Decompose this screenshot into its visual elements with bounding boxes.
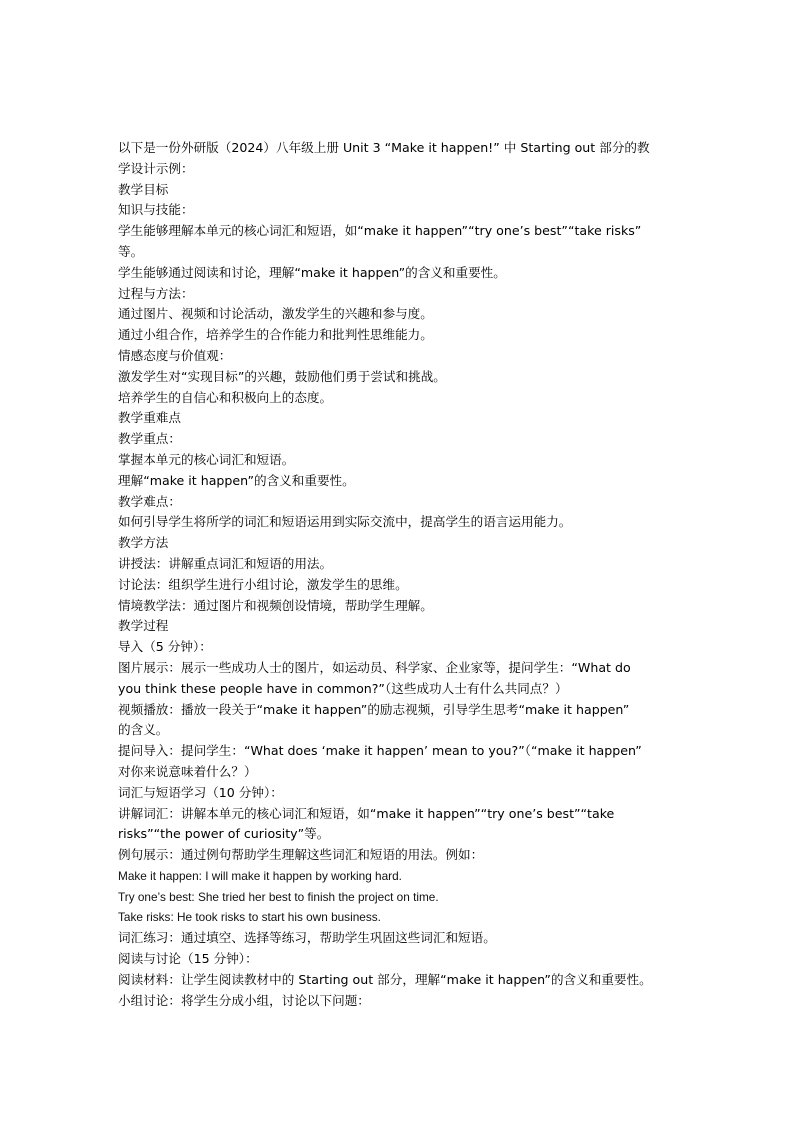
subheading-key-points: 教学重点： [118, 429, 684, 450]
body-line: 如何引导学生将所学的词汇和短语运用到实际交流中，提高学生的语言运用能力。 [118, 512, 684, 533]
document-page: 以下是一份外研版（2024）八年级上册 Unit 3 “Make it happ… [118, 138, 684, 1011]
body-line: 视频播放：播放一段关于“make it happen”的励志视频，引导学生思考“… [118, 700, 684, 721]
body-line: 词汇练习：通过填空、选择等练习，帮助学生巩固这些词汇和短语。 [118, 928, 684, 949]
body-line: you think these people have in common?”（… [118, 679, 684, 700]
example-sentence: Take risks: He took risks to start his o… [118, 907, 684, 928]
subheading-lead-in: 导入（5 分钟）： [118, 637, 684, 658]
subheading-process-methods: 过程与方法： [118, 284, 684, 305]
body-line: 小组讨论：将学生分成小组，讨论以下问题： [118, 991, 684, 1012]
body-line: 理解“make it happen”的含义和重要性。 [118, 471, 684, 492]
body-line: 例句展示：通过例句帮助学生理解这些词汇和短语的用法。例如： [118, 845, 684, 866]
intro-line: 学设计示例： [118, 159, 684, 180]
body-line: 讨论法：组织学生进行小组讨论，激发学生的思维。 [118, 575, 684, 596]
body-line: 通过图片、视频和讨论活动，激发学生的兴趣和参与度。 [118, 304, 684, 325]
body-line: 对你来说意味着什么？） [118, 762, 684, 783]
body-line: 阅读材料：让学生阅读教材中的 Starting out 部分，理解“make i… [118, 970, 684, 991]
section-heading-teaching-objectives: 教学目标 [118, 180, 684, 201]
intro-line: 以下是一份外研版（2024）八年级上册 Unit 3 “Make it happ… [118, 138, 684, 159]
section-heading-teaching-process: 教学过程 [118, 616, 684, 637]
body-line: 学生能够理解本单元的核心词汇和短语，如“make it happen”“try … [118, 221, 684, 242]
example-sentence: Make it happen: I will make it happen by… [118, 866, 684, 887]
subheading-reading-discussion: 阅读与讨论（15 分钟）： [118, 949, 684, 970]
section-heading-teaching-methods: 教学方法 [118, 533, 684, 554]
body-line: 提问导入：提问学生：“What does ‘make it happen’ me… [118, 741, 684, 762]
subheading-emotion-values: 情感态度与价值观： [118, 346, 684, 367]
body-line: 学生能够通过阅读和讨论，理解“make it happen”的含义和重要性。 [118, 263, 684, 284]
body-line: 培养学生的自信心和积极向上的态度。 [118, 388, 684, 409]
section-heading-key-difficult-points: 教学重难点 [118, 408, 684, 429]
subheading-difficult-points: 教学难点： [118, 492, 684, 513]
body-line: 的含义。 [118, 720, 684, 741]
body-line: 等。 [118, 242, 684, 263]
subheading-knowledge-skills: 知识与技能： [118, 200, 684, 221]
body-line: 激发学生对“实现目标”的兴趣，鼓励他们勇于尝试和挑战。 [118, 367, 684, 388]
body-line: 掌握本单元的核心词汇和短语。 [118, 450, 684, 471]
subheading-vocabulary-learning: 词汇与短语学习（10 分钟）： [118, 783, 684, 804]
body-line: 讲授法：讲解重点词汇和短语的用法。 [118, 554, 684, 575]
example-sentence: Try one’s best: She tried her best to fi… [118, 887, 684, 908]
body-line: 图片展示：展示一些成功人士的图片，如运动员、科学家、企业家等，提问学生：“Wha… [118, 658, 684, 679]
body-line: risks”“the power of curiosity”等。 [118, 824, 684, 845]
body-line: 情境教学法：通过图片和视频创设情境，帮助学生理解。 [118, 596, 684, 617]
body-line: 通过小组合作，培养学生的合作能力和批判性思维能力。 [118, 325, 684, 346]
body-line: 讲解词汇：讲解本单元的核心词汇和短语，如“make it happen”“try… [118, 804, 684, 825]
